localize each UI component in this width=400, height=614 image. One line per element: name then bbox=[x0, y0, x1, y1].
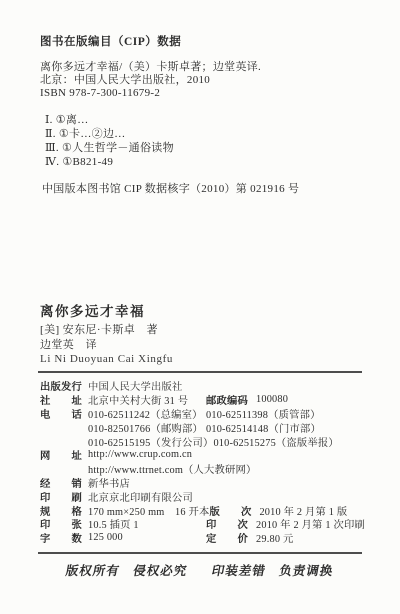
colophon-label: 印 次 bbox=[206, 516, 248, 531]
colophon-label: 社 址 bbox=[40, 392, 88, 407]
isbn-line: ISBN 978-7-300-11679-2 bbox=[40, 87, 261, 100]
classification-line: Ⅰ. ①离… bbox=[45, 113, 174, 127]
colophon-row: 规 格 170 mm×250 mm 16 开本 版 次 2010 年 2 月第 … bbox=[40, 503, 386, 517]
colophon-value: 010-62515275（盗版举报） bbox=[213, 434, 338, 449]
exchange-notice: 印装差错 负责调换 bbox=[210, 561, 335, 579]
colophon-value: 010-62515195（发行公司） bbox=[88, 434, 213, 449]
colophon-label: 版 次 bbox=[209, 503, 251, 518]
cip-classification: Ⅰ. ①离… Ⅱ. ①卡…②边… Ⅲ. ①人生哲学－通俗读物 Ⅳ. ①B821-… bbox=[45, 113, 174, 169]
colophon-row: 010-62515195（发行公司） 010-62515275（盗版举报） bbox=[40, 434, 386, 448]
colophon-value: http://www.crup.com.cn bbox=[88, 449, 206, 460]
copyright-page: 图书在版编目（CIP）数据 离你多远才幸福/（美）卡斯卓著；边堂英译. 北京：中… bbox=[0, 0, 400, 614]
cip-description: 离你多远才幸福/（美）卡斯卓著；边堂英译. 北京：中国人民大学出版社，2010 … bbox=[40, 61, 261, 101]
classification-line: Ⅳ. ①B821-49 bbox=[45, 155, 174, 169]
cip-header: 图书在版编目（CIP）数据 bbox=[40, 33, 181, 49]
colophon-value: 北京中关村大街 31 号 bbox=[88, 392, 206, 407]
colophon-label: 邮政编码 bbox=[206, 392, 248, 407]
colophon-row: 经 销 新华书店 bbox=[40, 476, 386, 490]
colophon-label: 网 址 bbox=[40, 447, 88, 462]
colophon-value: 10.5 插页 1 bbox=[88, 516, 206, 531]
colophon-value: 010-62511242（总编室） bbox=[88, 406, 206, 421]
cip-publisher-line: 北京：中国人民大学出版社，2010 bbox=[40, 74, 261, 87]
colophon-value: 100080 bbox=[256, 394, 288, 405]
colophon-row: 010-82501766（邮购部） 010-62514148（门市部） bbox=[40, 420, 386, 434]
colophon-value: 29.80 元 bbox=[256, 530, 293, 545]
colophon-label: 规 格 bbox=[40, 503, 88, 518]
colophon-label: 电 话 bbox=[40, 406, 88, 421]
colophon-row: 电 话 010-62511242（总编室） 010-62511398（质管部） bbox=[40, 407, 386, 421]
colophon-row: 出版发行 中国人民大学出版社 bbox=[40, 379, 386, 393]
colophon-value: 中国人民大学出版社 bbox=[88, 378, 206, 393]
colophon-label: 印 张 bbox=[40, 516, 88, 531]
colophon-label: 出版发行 bbox=[40, 378, 88, 393]
translator-line: 边堂英 译 bbox=[40, 338, 173, 353]
author-line: [美] 安东尼·卡斯卓 著 bbox=[40, 323, 173, 338]
colophon-value: 170 mm×250 mm 16 开本 bbox=[88, 503, 209, 518]
colophon-value: 北京京北印刷有限公司 bbox=[88, 489, 206, 504]
colophon-value: 新华书店 bbox=[88, 475, 206, 490]
colophon-value: 125 000 bbox=[88, 532, 206, 543]
colophon: 出版发行 中国人民大学出版社 社 址 北京中关村大街 31 号 邮政编码 100… bbox=[40, 379, 386, 545]
colophon-value: 2010 年 2 月第 1 版 bbox=[259, 503, 347, 518]
colophon-label: 经 销 bbox=[40, 475, 88, 490]
colophon-row: 字 数 125 000 定 价 29.80 元 bbox=[40, 531, 386, 545]
footer-notice: 版权所有 侵权必究印装差错 负责调换 bbox=[0, 561, 400, 579]
colophon-value: 010-62511398（质管部） bbox=[206, 406, 321, 421]
colophon-value: 010-62514148（门市部） bbox=[206, 420, 321, 435]
copyright-warning: 版权所有 侵权必究 bbox=[65, 561, 190, 579]
pinyin-title: Li Ni Duoyuan Cai Xingfu bbox=[40, 352, 173, 367]
cip-title-line: 离你多远才幸福/（美）卡斯卓著；边堂英译. bbox=[40, 61, 261, 74]
colophon-row: 印 张 10.5 插页 1 印 次 2010 年 2 月第 1 次印刷 bbox=[40, 517, 386, 531]
classification-line: Ⅱ. ①卡…②边… bbox=[45, 127, 174, 141]
classification-line: Ⅲ. ①人生哲学－通俗读物 bbox=[45, 141, 174, 155]
colophon-value: 2010 年 2 月第 1 次印刷 bbox=[256, 516, 365, 531]
colophon-row: 印 刷 北京京北印刷有限公司 bbox=[40, 489, 386, 503]
colophon-row: 网 址 http://www.crup.com.cn bbox=[40, 448, 386, 462]
colophon-value: http://www.ttrnet.com（人大教研网） bbox=[88, 461, 257, 476]
cip-registry-number: 中国版本图书馆 CIP 数据核字（2010）第 021916 号 bbox=[42, 180, 299, 196]
colophon-row: 社 址 北京中关村大街 31 号 邮政编码 100080 bbox=[40, 393, 386, 407]
book-title: 离你多远才幸福 bbox=[40, 300, 145, 320]
colophon-row: http://www.ttrnet.com（人大教研网） bbox=[40, 462, 386, 476]
colophon-label: 字 数 bbox=[40, 530, 88, 545]
divider-bottom bbox=[38, 552, 362, 554]
title-credits: [美] 安东尼·卡斯卓 著 边堂英 译 Li Ni Duoyuan Cai Xi… bbox=[40, 323, 173, 367]
colophon-label: 印 刷 bbox=[40, 489, 88, 504]
divider-top bbox=[38, 371, 362, 373]
colophon-label: 定 价 bbox=[206, 530, 248, 545]
colophon-value: 010-82501766（邮购部） bbox=[88, 420, 206, 435]
